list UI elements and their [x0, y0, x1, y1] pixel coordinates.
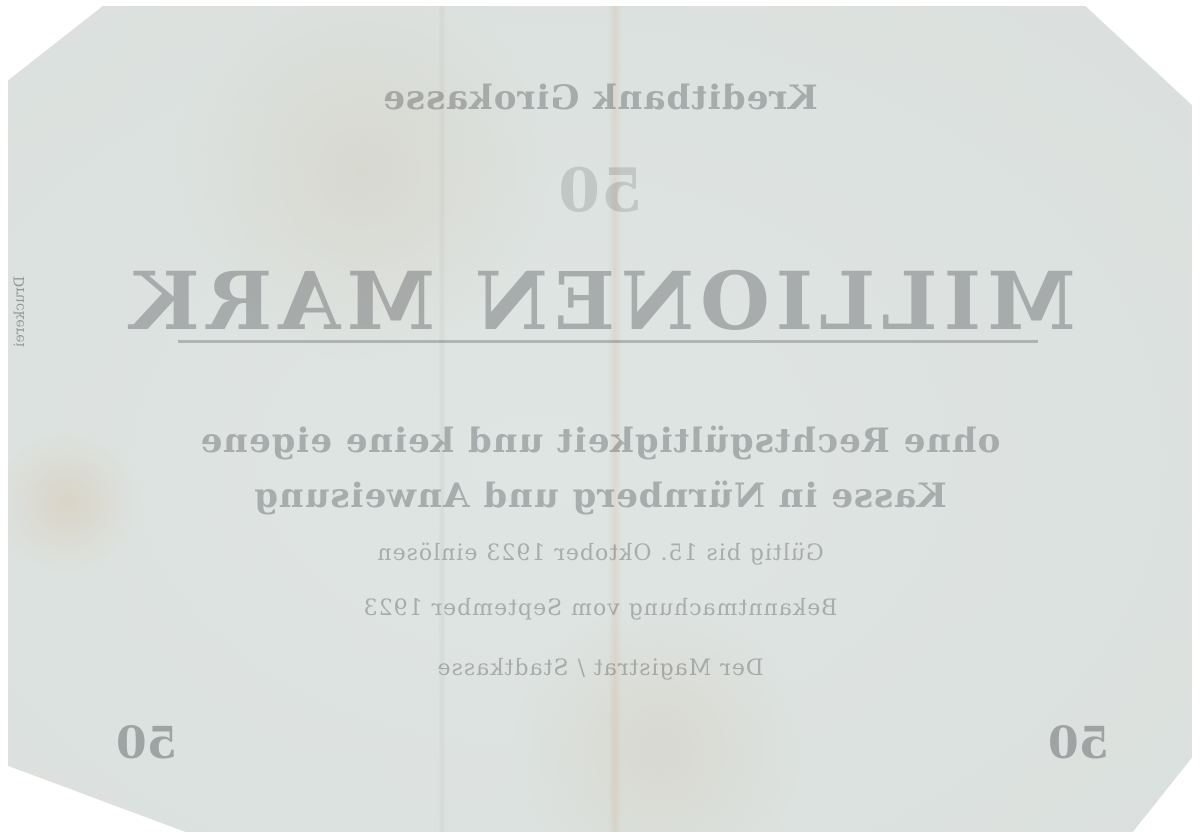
banknote-reverse: Kreditbank Girokasse 50 MILLIONEN MARK o… [8, 6, 1192, 832]
header-text: Kreditbank Girokasse [8, 78, 1192, 118]
side-imprint: Druckerei [12, 276, 42, 636]
fold-line-secondary [438, 6, 446, 832]
divider-rule [178, 340, 1038, 343]
body-line-3: Gültig bis 15. Oktober 1923 einlösen [8, 541, 1192, 566]
corner-value-left: 50 [116, 718, 177, 769]
body-line-5: Der Magistrat / Stadtkasse [8, 656, 1192, 681]
body-line-2: Kasse in Nürnberg und Anweisung [8, 476, 1192, 516]
fold-line [608, 6, 622, 832]
headline-text: MILLIONEN MARK [8, 254, 1192, 348]
body-line-4: Bekanntmachung vom September 1923 [8, 596, 1192, 621]
body-line-1: ohne Rechtsgültigkeit und keine eigene [8, 421, 1192, 461]
value-emblem: 50 [8, 156, 1192, 226]
corner-value-right: 50 [1048, 718, 1109, 769]
